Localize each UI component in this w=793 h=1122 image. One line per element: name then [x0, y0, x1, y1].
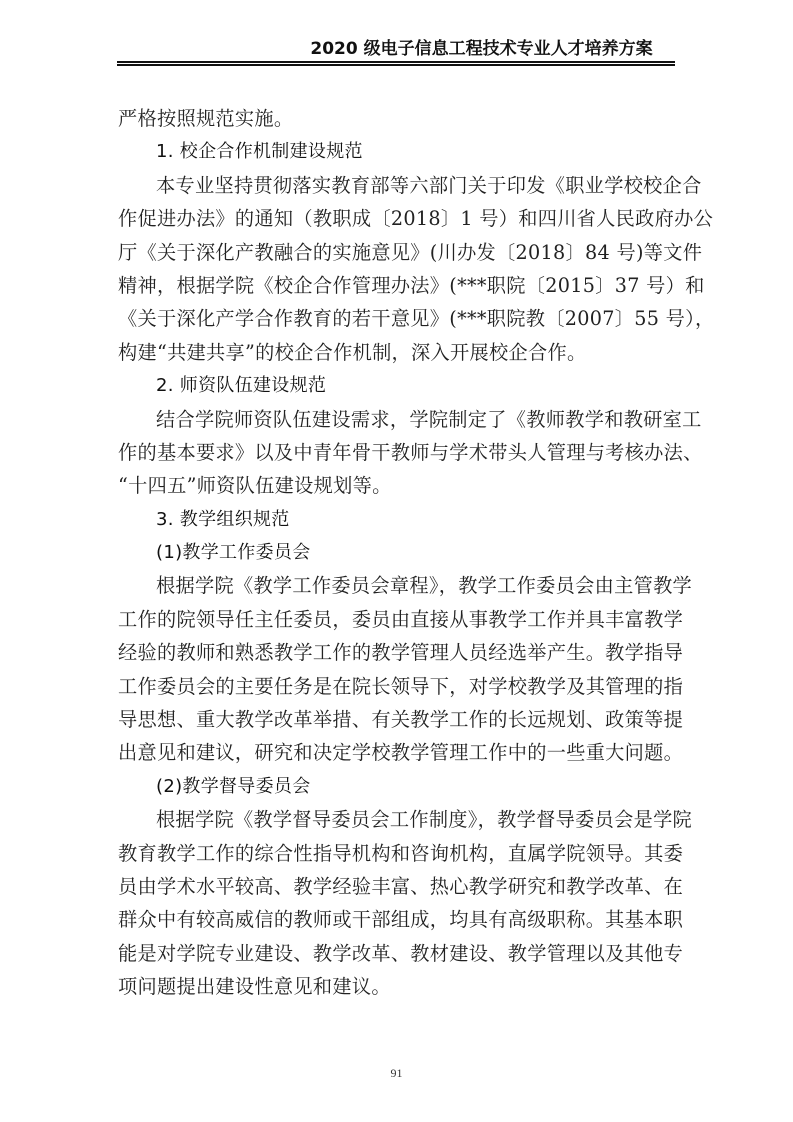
- paragraph-line: 工作的院领导任主任委员，委员由直接从事教学工作并具丰富教学: [118, 603, 678, 636]
- paragraph-line: 严格按照规范实施。: [118, 102, 678, 135]
- section-heading-2: 2. 师资队伍建设规范: [118, 369, 678, 402]
- paragraph-line: 精神，根据学院《校企合作管理办法》(***职院〔2015〕37 号）和: [118, 269, 678, 302]
- section-heading-3: 3. 教学组织规范: [118, 503, 678, 536]
- paragraph-line: 《关于深化产学合作教育的若干意见》(***职院教〔2007〕55 号），: [118, 302, 678, 335]
- page-body: 严格按照规范实施。 1. 校企合作机制建设规范 本专业坚持贯彻落实教育部等六部门…: [118, 102, 678, 1004]
- paragraph-line: 出意见和建议，研究和决定学校教学管理工作中的一些重大问题。: [118, 736, 678, 769]
- paragraph-line: 能是对学院专业建设、教学改革、教材建设、教学管理以及其他专: [118, 937, 678, 970]
- paragraph-line: 经验的教师和熟悉教学工作的教学管理人员经选举产生。教学指导: [118, 636, 678, 669]
- paragraph-line: 群众中有较高威信的教师或干部组成，均具有高级职称。其基本职: [118, 903, 678, 936]
- paragraph-line: 导思想、重大教学改革举措、有关教学工作的长远规划、政策等提: [118, 703, 678, 736]
- subsection-heading-2: (2)教学督导委员会: [118, 770, 678, 803]
- paragraph-line: 根据学院《教学工作委员会章程》，教学工作委员会由主管教学: [118, 569, 678, 602]
- paragraph-line: 员由学术水平较高、教学经验丰富、热心教学研究和教学改革、在: [118, 870, 678, 903]
- header-double-rule: [117, 61, 675, 66]
- paragraph-line: 项问题提出建设性意见和建议。: [118, 970, 678, 1003]
- paragraph-line: “十四五”师资队伍建设规划等。: [118, 469, 678, 502]
- paragraph-line: 作促进办法》的通知（教职成〔2018〕1 号）和四川省人民政府办公: [118, 202, 678, 235]
- subsection-heading-1: (1)教学工作委员会: [118, 536, 678, 569]
- page-number: 91: [0, 1066, 793, 1081]
- paragraph-line: 厅《关于深化产教融合的实施意见》(川办发〔2018〕84 号)等文件: [118, 236, 678, 269]
- document-title: 2020 级电子信息工程技术专业人才培养方案: [0, 34, 793, 59]
- paragraph-line: 教育教学工作的综合性指导机构和咨询机构，直属学院领导。其委: [118, 837, 678, 870]
- paragraph-line: 工作委员会的主要任务是在院长领导下，对学校教学及其管理的指: [118, 670, 678, 703]
- paragraph-line: 作的基本要求》以及中青年骨干教师与学术带头人管理与考核办法、: [118, 436, 678, 469]
- paragraph-line: 构建“共建共享”的校企合作机制，深入开展校企合作。: [118, 336, 678, 369]
- paragraph-line: 结合学院师资队伍建设需求，学院制定了《教师教学和教研室工: [118, 403, 678, 436]
- paragraph-line: 本专业坚持贯彻落实教育部等六部门关于印发《职业学校校企合: [118, 169, 678, 202]
- paragraph-line: 根据学院《教学督导委员会工作制度》，教学督导委员会是学院: [118, 803, 678, 836]
- section-heading-1: 1. 校企合作机制建设规范: [118, 135, 678, 168]
